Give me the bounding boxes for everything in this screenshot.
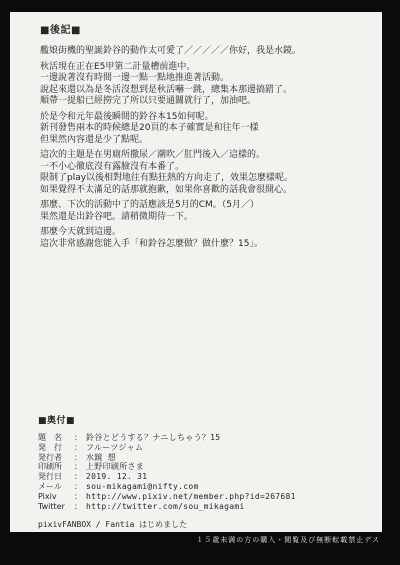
colophon-colon: ： xyxy=(74,502,86,512)
afterword-line: 艦娘街機的聖誕鈴谷的動作太可愛了／／／／／你好，我是水鏡。 xyxy=(40,46,370,58)
afterword-line: 新刊發售兩本的時候總是20頁的本子確實是和往年一樣 xyxy=(40,123,370,135)
afterword-paragraph-4: 這次的主題是在男廁所撒尿／潮吹／肛門後入／這樣的。 一不小心徹底沒有露臉沒有本番… xyxy=(40,150,370,196)
colophon-label: メール xyxy=(38,482,74,492)
colophon-colon: ： xyxy=(74,443,86,453)
afterword-paragraph-6: 那麼今天就到這邊。 這次非常感謝您能入手「和鈴谷怎麼做？做什麼？15」。 xyxy=(40,227,370,250)
colophon-entry-printer: 印刷所 ： 上野印刷所さま xyxy=(38,462,372,472)
page-content: ■後記■ 艦娘街機的聖誕鈴谷的動作太可愛了／／／／／你好，我是水鏡。 秋活現在正… xyxy=(10,12,382,532)
colophon-value: フルーツジャム xyxy=(86,443,143,453)
afterword-line: 秋活現在正在E5甲第二計量槽前進中。 xyxy=(40,62,370,74)
colophon-entry-author: 発行者 ： 水鏡 想 xyxy=(38,453,372,463)
scanned-doujin-page: ■後記■ 艦娘街機的聖誕鈴谷的動作太可愛了／／／／／你好，我是水鏡。 秋活現在正… xyxy=(0,0,400,565)
colophon-value: http://twitter.com/sou_mikagami xyxy=(86,502,245,512)
afterword-line: 限制了play以後相對地往有點狂熱的方向走了，效果怎麼樣呢。 xyxy=(40,173,370,185)
afterword-paragraph-5: 那麼、下次的活動中了的話應該是5月的CM。（5月／） 果然還是出鈴谷吧。請稍微期… xyxy=(40,200,370,223)
age-restriction-notice: １５歳未満の方の購入・閲覧及び無断転載禁止デス xyxy=(196,536,380,544)
afterword-line: 一不小心徹底沒有露臉沒有本番了。 xyxy=(40,162,370,174)
colophon-label: 発行者 xyxy=(38,453,74,463)
colophon-entry-pixiv-url: Pixiv ： http://www.pixiv.net/member.php?… xyxy=(38,492,372,502)
colophon-entry-title: 題 名 ： 鈴谷とどうする？ナニしちゃう？15 xyxy=(38,433,372,443)
colophon-label: 発行日 xyxy=(38,472,74,482)
afterword-line: 於是令和元年最後瞬間的鈴谷本15如何呢。 xyxy=(40,112,370,124)
afterword-line: 那麼、下次的活動中了的話應該是5月的CM。（5月／） xyxy=(40,200,370,212)
afterword-paragraph-3: 於是令和元年最後瞬間的鈴谷本15如何呢。 新刊發售兩本的時候總是20頁的本子確實… xyxy=(40,112,370,147)
colophon-entry-publish-date: 発行日 ： 2019. 12. 31 xyxy=(38,472,372,482)
colophon-colon: ： xyxy=(74,472,86,482)
colophon-heading: ■奥付■ xyxy=(38,417,372,426)
colophon-section: ■奥付■ 題 名 ： 鈴谷とどうする？ナニしちゃう？15 発 行 ： フルーツジ… xyxy=(38,417,372,530)
colophon-label: 印刷所 xyxy=(38,462,74,472)
colophon-label: Twitter xyxy=(38,502,74,512)
colophon-entry-twitter-url: Twitter ： http://twitter.com/sou_mikagam… xyxy=(38,502,372,512)
afterword-line: 一邊說著沒有時間一邊一點一點地推進著活動。 xyxy=(40,73,370,85)
afterword-line: 說起來還以為是冬活沒想到是秋活嚇一跳，總集本那邊搞錯了。 xyxy=(40,85,370,97)
fanbox-fantia-note: pixivFANBOX / Fantia はじめました xyxy=(38,520,372,530)
colophon-value: 2019. 12. 31 xyxy=(86,472,147,482)
colophon-colon: ： xyxy=(74,492,86,502)
colophon-entry-email: メール ： sou-mikagami@nifty.com xyxy=(38,482,372,492)
afterword-line: 但果然內容還是少了點呢。 xyxy=(40,135,370,147)
afterword-line: 那麼今天就到這邊。 xyxy=(40,227,370,239)
afterword-heading: ■後記■ xyxy=(40,25,370,36)
colophon-value: sou-mikagami@nifty.com xyxy=(86,482,199,492)
afterword-line: 這次非常感謝您能入手「和鈴谷怎麼做？做什麼？15」。 xyxy=(40,239,370,251)
colophon-colon: ： xyxy=(74,482,86,492)
afterword-line: 果然還是出鈴谷吧。請稍微期待一下。 xyxy=(40,212,370,224)
colophon-value: 鈴谷とどうする？ナニしちゃう？15 xyxy=(86,433,220,443)
colophon-label: Pixiv xyxy=(38,492,74,502)
colophon-value: 水鏡 想 xyxy=(86,453,116,463)
afterword-line: 如果覺得不太滿足的話那就抱歉，如果你喜歡的話我會很開心。 xyxy=(40,185,370,197)
colophon-label: 題 名 xyxy=(38,433,74,443)
afterword-line: 這次的主題是在男廁所撒尿／潮吹／肛門後入／這樣的。 xyxy=(40,150,370,162)
colophon-value: http://www.pixiv.net/member.php?id=26768… xyxy=(86,492,296,502)
afterword-paragraph-1: 艦娘街機的聖誕鈴谷的動作太可愛了／／／／／你好，我是水鏡。 xyxy=(40,46,370,58)
colophon-colon: ： xyxy=(74,462,86,472)
colophon-entry-publisher-circle: 発 行 ： フルーツジャム xyxy=(38,443,372,453)
colophon-colon: ： xyxy=(74,433,86,443)
afterword-paragraph-2: 秋活現在正在E5甲第二計量槽前進中。 一邊說著沒有時間一邊一點一點地推進著活動。… xyxy=(40,62,370,108)
colophon-value: 上野印刷所さま xyxy=(86,462,144,472)
colophon-label: 発 行 xyxy=(38,443,74,453)
colophon-colon: ： xyxy=(74,453,86,463)
afterword-line: 順帶一提船已經撈完了所以只要通關就行了，加油吧。 xyxy=(40,96,370,108)
afterword-section: ■後記■ 艦娘街機的聖誕鈴谷的動作太可愛了／／／／／你好，我是水鏡。 秋活現在正… xyxy=(40,25,370,254)
